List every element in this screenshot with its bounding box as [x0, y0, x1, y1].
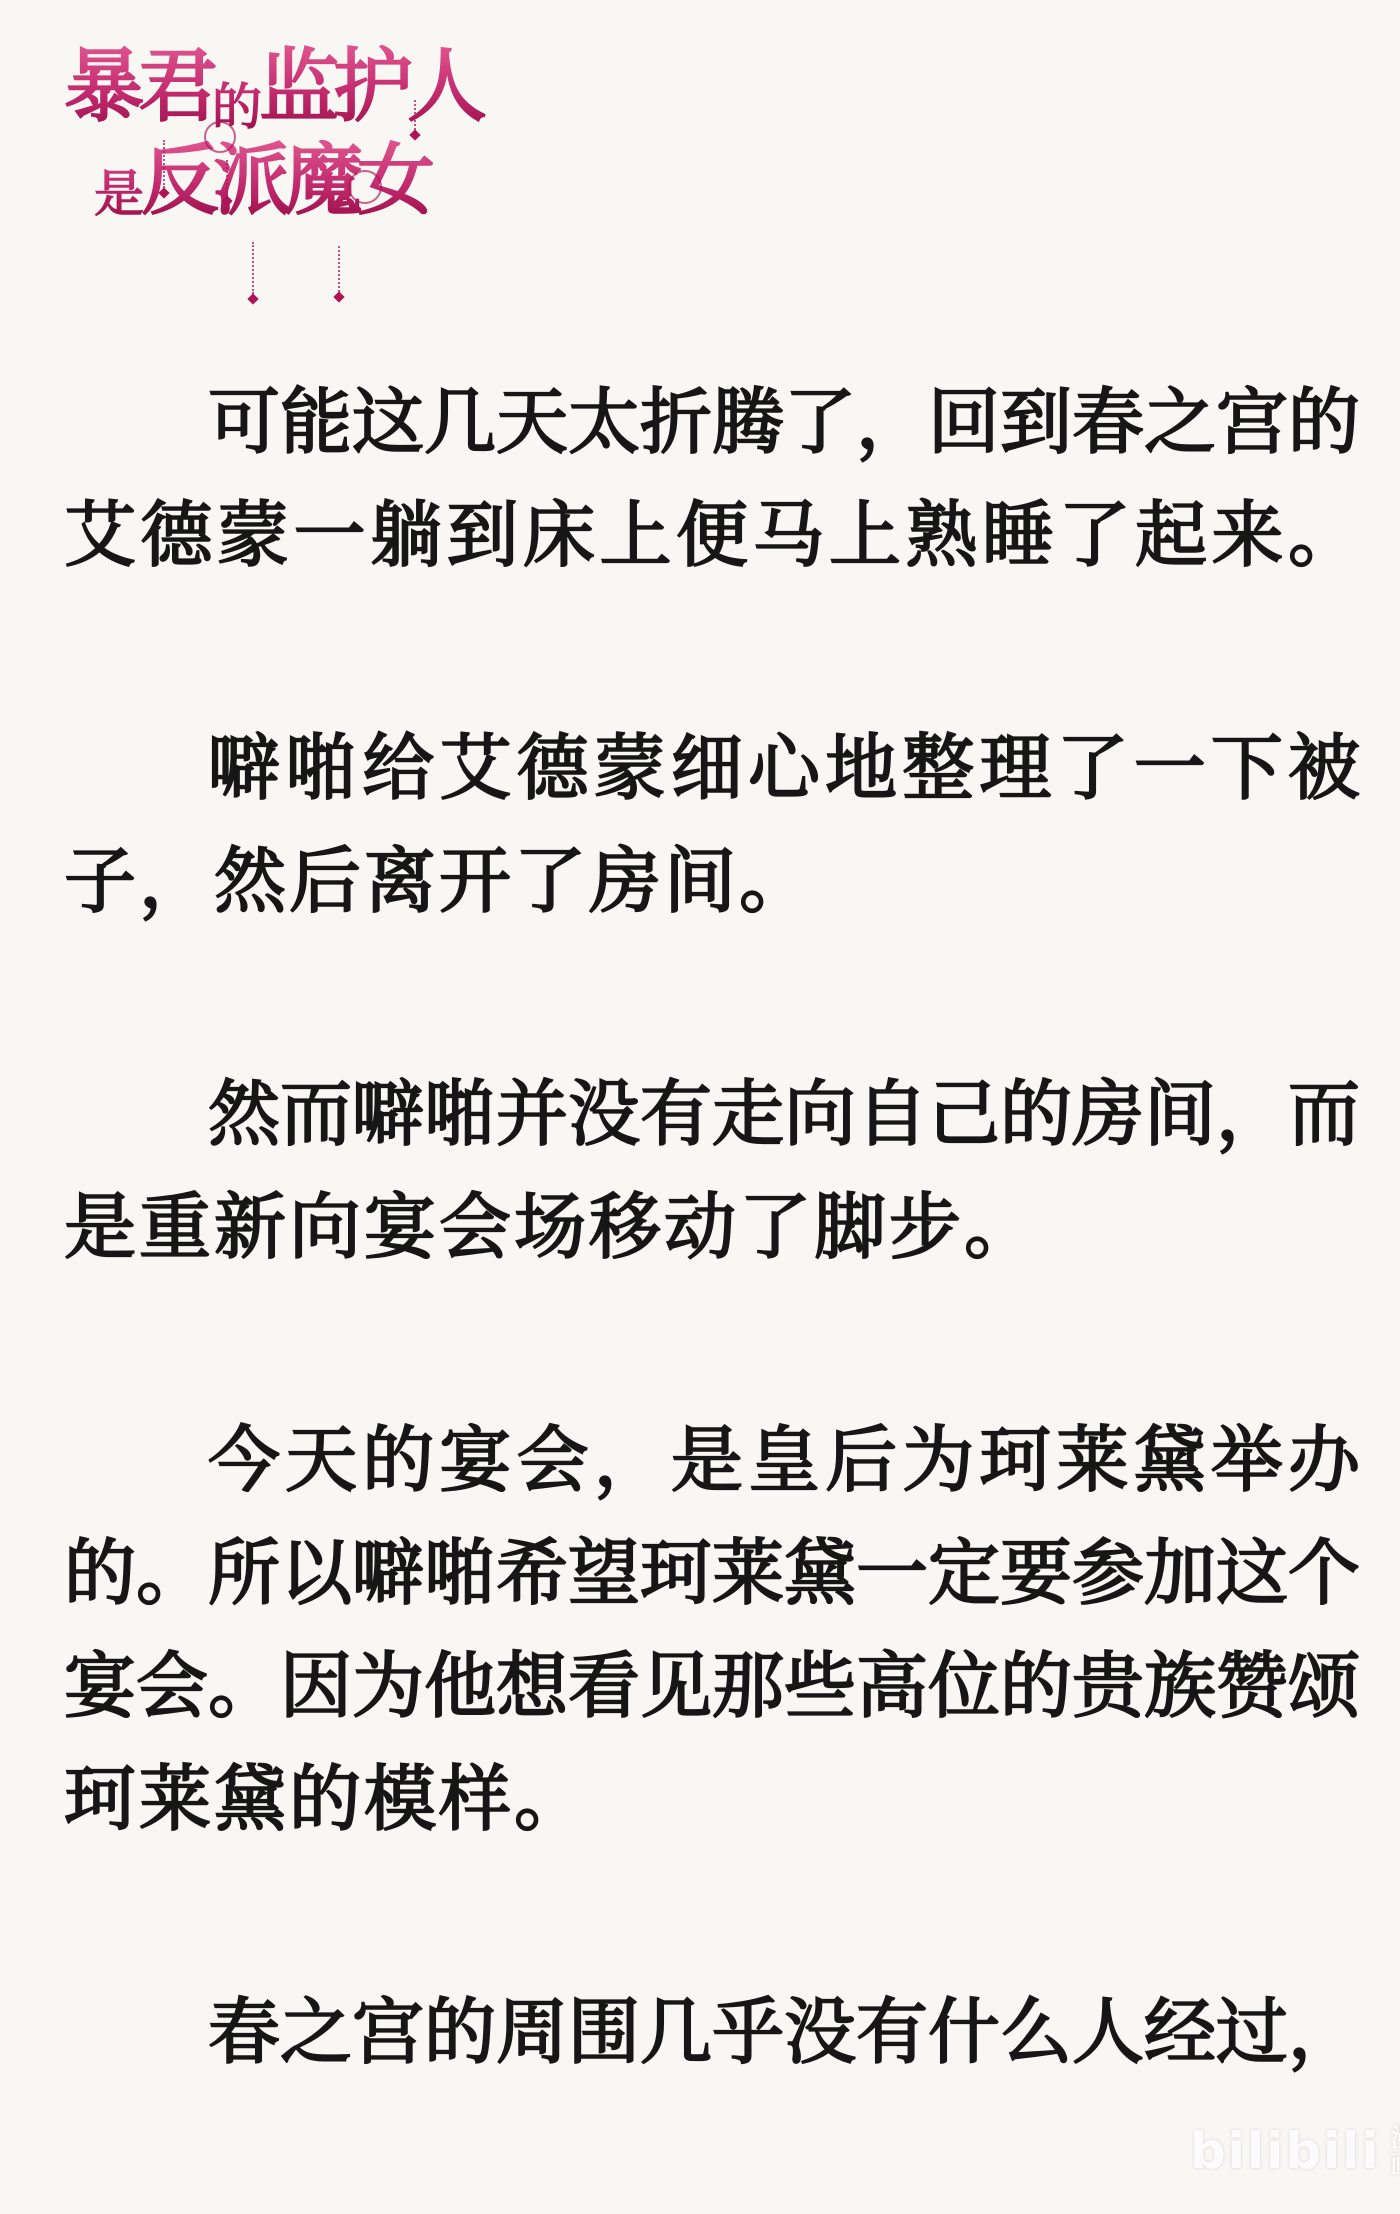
- series-title-logo: 暴君的监护人 是反派魔女: [64, 44, 544, 221]
- text-line: 然而噼啪并没有走向自己的房间，而: [64, 1058, 1360, 1171]
- text-line: 是重新向宴会场移动了脚步。: [64, 1171, 1360, 1284]
- watermark-manga-label: 漫 画: [1390, 2124, 1400, 2178]
- paragraph: 可能这几天太折腾了，回到春之宫的 艾德蒙一躺到床上便马上熟睡了起来。: [64, 366, 1360, 592]
- text-line: 今天的宴会，是皇后为珂莱黛举办: [64, 1404, 1360, 1517]
- logo-text-part: 监护人: [259, 39, 481, 133]
- text-line: 春之宫的周围几乎没有什么人经过，: [64, 1976, 1360, 2089]
- text-line: 的。所以噼啪希望珂莱黛一定要参加这个: [64, 1517, 1360, 1630]
- text-line: 宴会。因为他想看见那些高位的贵族赞颂: [64, 1630, 1360, 1743]
- ring-icon: [204, 121, 236, 153]
- jewel-chain-icon: [414, 100, 416, 130]
- logo-text-part: 暴君: [64, 39, 212, 133]
- paragraph: 然而噼啪并没有走向自己的房间，而 是重新向宴会场移动了脚步。: [64, 1058, 1360, 1284]
- jewel-chain-icon: [252, 242, 254, 294]
- text-line: 艾德蒙一躺到床上便马上熟睡了起来。: [64, 479, 1360, 592]
- ring-icon: [348, 170, 382, 204]
- paragraph: 春之宫的周围几乎没有什么人经过，: [64, 1976, 1360, 2089]
- logo-title-line-1: 暴君的监护人: [64, 44, 544, 134]
- text-line: 可能这几天太折腾了，回到春之宫的: [64, 366, 1360, 479]
- text-line: 噼啪给艾德蒙细心地整理了一下被: [64, 712, 1360, 825]
- novel-text: 可能这几天太折腾了，回到春之宫的 艾德蒙一躺到床上便马上熟睡了起来。 噼啪给艾德…: [64, 366, 1360, 2209]
- logo-text-part-small: 是: [94, 164, 141, 223]
- novel-page: 暴君的监护人 是反派魔女 可能这几天太折腾了，回到春之宫的 艾德蒙一躺到床上便马…: [0, 0, 1400, 2214]
- jewel-chain-icon: [226, 160, 228, 196]
- watermark-manga-char-top: 漫: [1390, 2124, 1400, 2151]
- jewel-chain-icon: [338, 246, 340, 292]
- text-line: 珂莱黛的模样。: [64, 1743, 1360, 1856]
- bilibili-watermark: bilibili 漫 画: [1190, 2122, 1400, 2180]
- logo-title-line-2: 是反派魔女: [94, 140, 544, 222]
- paragraph: 今天的宴会，是皇后为珂莱黛举办 的。所以噼啪希望珂莱黛一定要参加这个 宴会。因为…: [64, 1404, 1360, 1856]
- paragraph: 噼啪给艾德蒙细心地整理了一下被 子，然后离开了房间。: [64, 712, 1360, 938]
- logo-text-part: 反派魔女: [141, 135, 429, 226]
- watermark-manga-char-bottom: 画: [1390, 2151, 1400, 2178]
- jewel-chain-icon: [163, 140, 165, 188]
- bilibili-logo-text: bilibili: [1190, 2122, 1380, 2180]
- text-line: 子，然后离开了房间。: [64, 825, 1360, 938]
